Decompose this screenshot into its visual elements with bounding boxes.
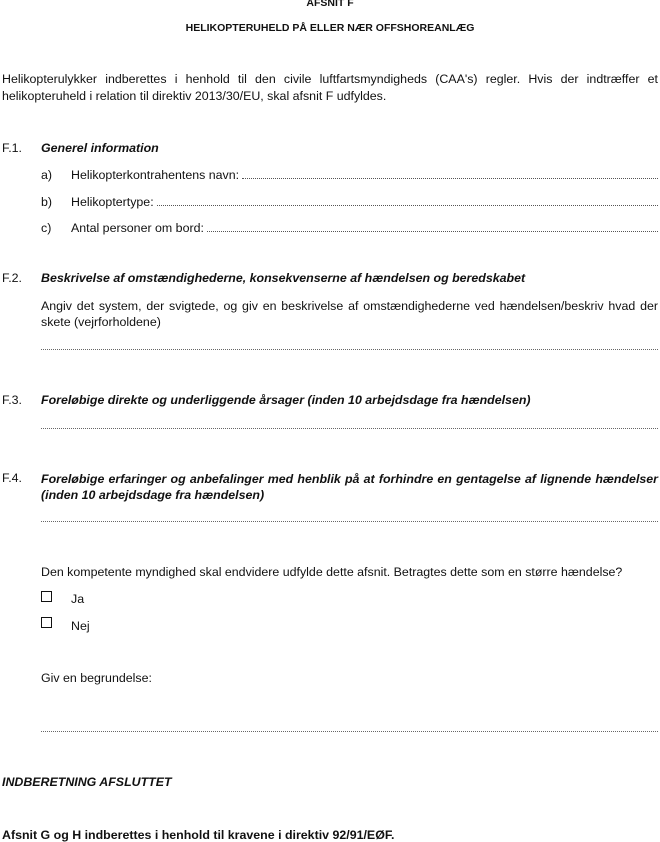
option-label-nej: Nej	[71, 619, 90, 633]
field-label: Helikopterkontrahentens navn:	[71, 168, 239, 182]
section-title-f4: Foreløbige erfaringer og anbefalinger me…	[41, 471, 658, 503]
section-number-f1: F.1.	[2, 141, 22, 155]
footer-note: Afsnit G og H indberettes i henhold til …	[2, 828, 394, 842]
fill-line-f2[interactable]	[41, 349, 658, 350]
fill-line-f4[interactable]	[41, 521, 658, 522]
field-helicopter-type[interactable]: Helikoptertype:	[71, 195, 658, 209]
checkbox-nej[interactable]	[41, 617, 52, 628]
option-label-ja: Ja	[71, 592, 84, 606]
section-number-f3: F.3.	[2, 393, 22, 407]
checkbox-ja[interactable]	[41, 591, 52, 602]
fill-line[interactable]	[242, 168, 658, 179]
field-helicopter-contractor[interactable]: Helikopterkontrahentens navn:	[71, 168, 658, 182]
section-heading: AFSNIT F	[0, 0, 660, 9]
page-title: HELIKOPTERUHELD PÅ ELLER NÆR OFFSHOREANL…	[0, 22, 660, 34]
fill-line-f3[interactable]	[41, 428, 658, 429]
fill-line-justification[interactable]	[41, 731, 658, 732]
section-title-f3: Foreløbige direkte og underliggende årsa…	[41, 393, 531, 407]
field-label: Helikoptertype:	[71, 195, 154, 209]
section-title-f2: Beskrivelse af omstændighederne, konsekv…	[41, 271, 525, 285]
section-title-f1: Generel information	[41, 141, 159, 155]
authority-question: Den kompetente myndighed skal endvidere …	[41, 565, 622, 579]
intro-paragraph: Helikopterulykker indberettes i henhold …	[2, 71, 658, 105]
section-instruction-f2: Angiv det system, der svigtede, og giv e…	[41, 298, 658, 330]
field-persons-on-board[interactable]: Antal personer om bord:	[71, 221, 658, 235]
item-letter-c: c)	[41, 221, 51, 235]
fill-line[interactable]	[157, 195, 658, 206]
section-number-f2: F.2.	[2, 271, 22, 285]
fill-line[interactable]	[207, 221, 658, 232]
item-letter-a: a)	[41, 168, 52, 182]
section-number-f4: F.4.	[2, 471, 22, 485]
field-label: Antal personer om bord:	[71, 221, 204, 235]
report-completed-heading: INDBERETNING AFSLUTTET	[2, 775, 172, 789]
item-letter-b: b)	[41, 195, 52, 209]
justification-label: Giv en begrundelse:	[41, 671, 152, 685]
